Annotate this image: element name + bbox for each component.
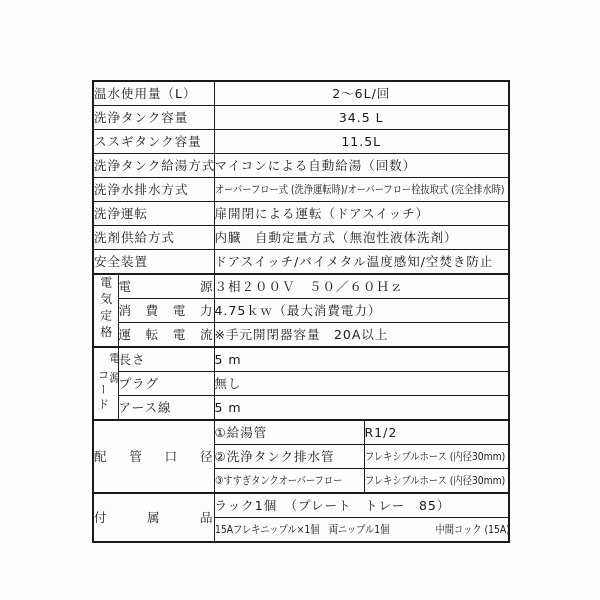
row-power-consumption: 消費電力 4.75ｋｗ（最大消費電力） [93, 299, 509, 323]
piping-diameter-group-label: 配管口径 [93, 420, 214, 493]
row-label: アース線 [118, 396, 214, 421]
power-cord-group-label-cord: コード [97, 369, 109, 413]
electrical-rating-group-label: 電気定格 [93, 274, 118, 347]
row-label: ススギタンク容量 [93, 130, 214, 154]
row-detergent-supply: 洗剤供給方式 内臓 自動定量方式（無泡性液体洗剤） [93, 226, 509, 250]
row-power-source: 電気定格 電源 ３相２００Ｖ ５０／６０Ｈｚ [93, 274, 509, 299]
row-label: 温水使用量（L） [93, 81, 214, 106]
row-value: 無し [214, 372, 509, 396]
row-value: R1/2 [364, 420, 509, 445]
row-label: 電源 [118, 274, 214, 299]
row-value: オーバーフロー式 (洗浄運転時)/オーバーフロー栓抜取式 (完全排水時) [214, 178, 509, 202]
row-value: 34.5 L [214, 106, 509, 130]
row-operating-current: 運転電流 ※手元開閉器容量 20A以上 [93, 323, 509, 348]
spec-sheet-page: 温水使用量（L） 2～6L/回 洗浄タンク容量 34.5 L ススギタンク容量 … [0, 0, 600, 600]
row-label: ②洗浄タンク排水管 [214, 445, 364, 469]
power-cord-group-label-wrap: コード 電源 [94, 350, 118, 418]
row-pipe-hot-water: 配管口径 ①給湯管 R1/2 [93, 420, 509, 445]
row-value-text: 15Aフレキニップル×1個 両ニップル1個 中間コック (15A)×1個 [215, 524, 510, 536]
row-accessories-1: 付属品 ラック1個 （プレート トレー 85） [93, 493, 509, 518]
row-label-text: ③すすぎタンクオーバーフロー [215, 475, 342, 487]
row-value: 11.5L [214, 130, 509, 154]
row-cord-length: コード 電源 長さ 5 m [93, 347, 509, 372]
row-safety-device: 安全装置 ドアスイッチ/バイメタル温度感知/空焚き防止 [93, 250, 509, 275]
row-value: ３相２００Ｖ ５０／６０Ｈｚ [214, 274, 509, 299]
row-value: 内臓 自動定量方式（無泡性液体洗剤） [214, 226, 509, 250]
row-label: 長さ [118, 347, 214, 372]
row-wash-operation: 洗浄運転 扉開閉による運転（ドアスイッチ） [93, 202, 509, 226]
row-label: 安全装置 [93, 250, 214, 275]
row-value: フレキシブルホース (内径30mm) [364, 445, 509, 469]
row-rinse-tank-capacity: ススギタンク容量 11.5L [93, 130, 509, 154]
row-wash-tank-capacity: 洗浄タンク容量 34.5 L [93, 106, 509, 130]
row-label: 洗浄タンク容量 [93, 106, 214, 130]
power-cord-group-label: コード 電源 [93, 347, 118, 420]
row-value: 扉開閉による運転（ドアスイッチ） [214, 202, 509, 226]
row-value-text: フレキシブルホース (内径30mm) [365, 451, 505, 463]
spec-table: 温水使用量（L） 2～6L/回 洗浄タンク容量 34.5 L ススギタンク容量 … [92, 80, 510, 543]
row-cord-earth: アース線 5 m [93, 396, 509, 421]
row-value: フレキシブルホース (内径30mm) [364, 469, 509, 494]
row-label: 洗浄タンク給湯方式 [93, 154, 214, 178]
row-label: 洗浄水排水方式 [93, 178, 214, 202]
row-value: ※手元開閉器容量 20A以上 [214, 323, 509, 348]
row-label: 消費電力 [118, 299, 214, 323]
row-hot-water-usage: 温水使用量（L） 2～6L/回 [93, 81, 509, 106]
row-label: ③すすぎタンクオーバーフロー [214, 469, 364, 494]
power-cord-group-label-power: 電源 [109, 352, 119, 391]
row-wash-water-drain: 洗浄水排水方式 オーバーフロー式 (洗浄運転時)/オーバーフロー栓抜取式 (完全… [93, 178, 509, 202]
row-wash-tank-water-supply: 洗浄タンク給湯方式 マイコンによる自動給湯（回数） [93, 154, 509, 178]
row-label: プラグ [118, 372, 214, 396]
row-label: 洗剤供給方式 [93, 226, 214, 250]
row-value-text: フレキシブルホース (内径30mm) [365, 475, 505, 487]
electrical-rating-group-label-text: 電気定格 [100, 276, 112, 342]
row-value: ラック1個 （プレート トレー 85） [214, 493, 509, 518]
row-value: 2～6L/回 [214, 81, 509, 106]
row-label: 洗浄運転 [93, 202, 214, 226]
row-label: 運転電流 [118, 323, 214, 348]
row-value: 5 m [214, 396, 509, 421]
row-value-text: オーバーフロー式 (洗浄運転時)/オーバーフロー栓抜取式 (完全排水時) [215, 184, 505, 196]
row-value: ドアスイッチ/バイメタル温度感知/空焚き防止 [214, 250, 509, 275]
row-cord-plug: プラグ 無し [93, 372, 509, 396]
row-value: 4.75ｋｗ（最大消費電力） [214, 299, 509, 323]
row-value: マイコンによる自動給湯（回数） [214, 154, 509, 178]
row-value: 5 m [214, 347, 509, 372]
accessories-group-label: 付属品 [93, 493, 214, 542]
row-label: ①給湯管 [214, 420, 364, 445]
row-value: 15Aフレキニップル×1個 両ニップル1個 中間コック (15A)×1個 [214, 518, 509, 543]
